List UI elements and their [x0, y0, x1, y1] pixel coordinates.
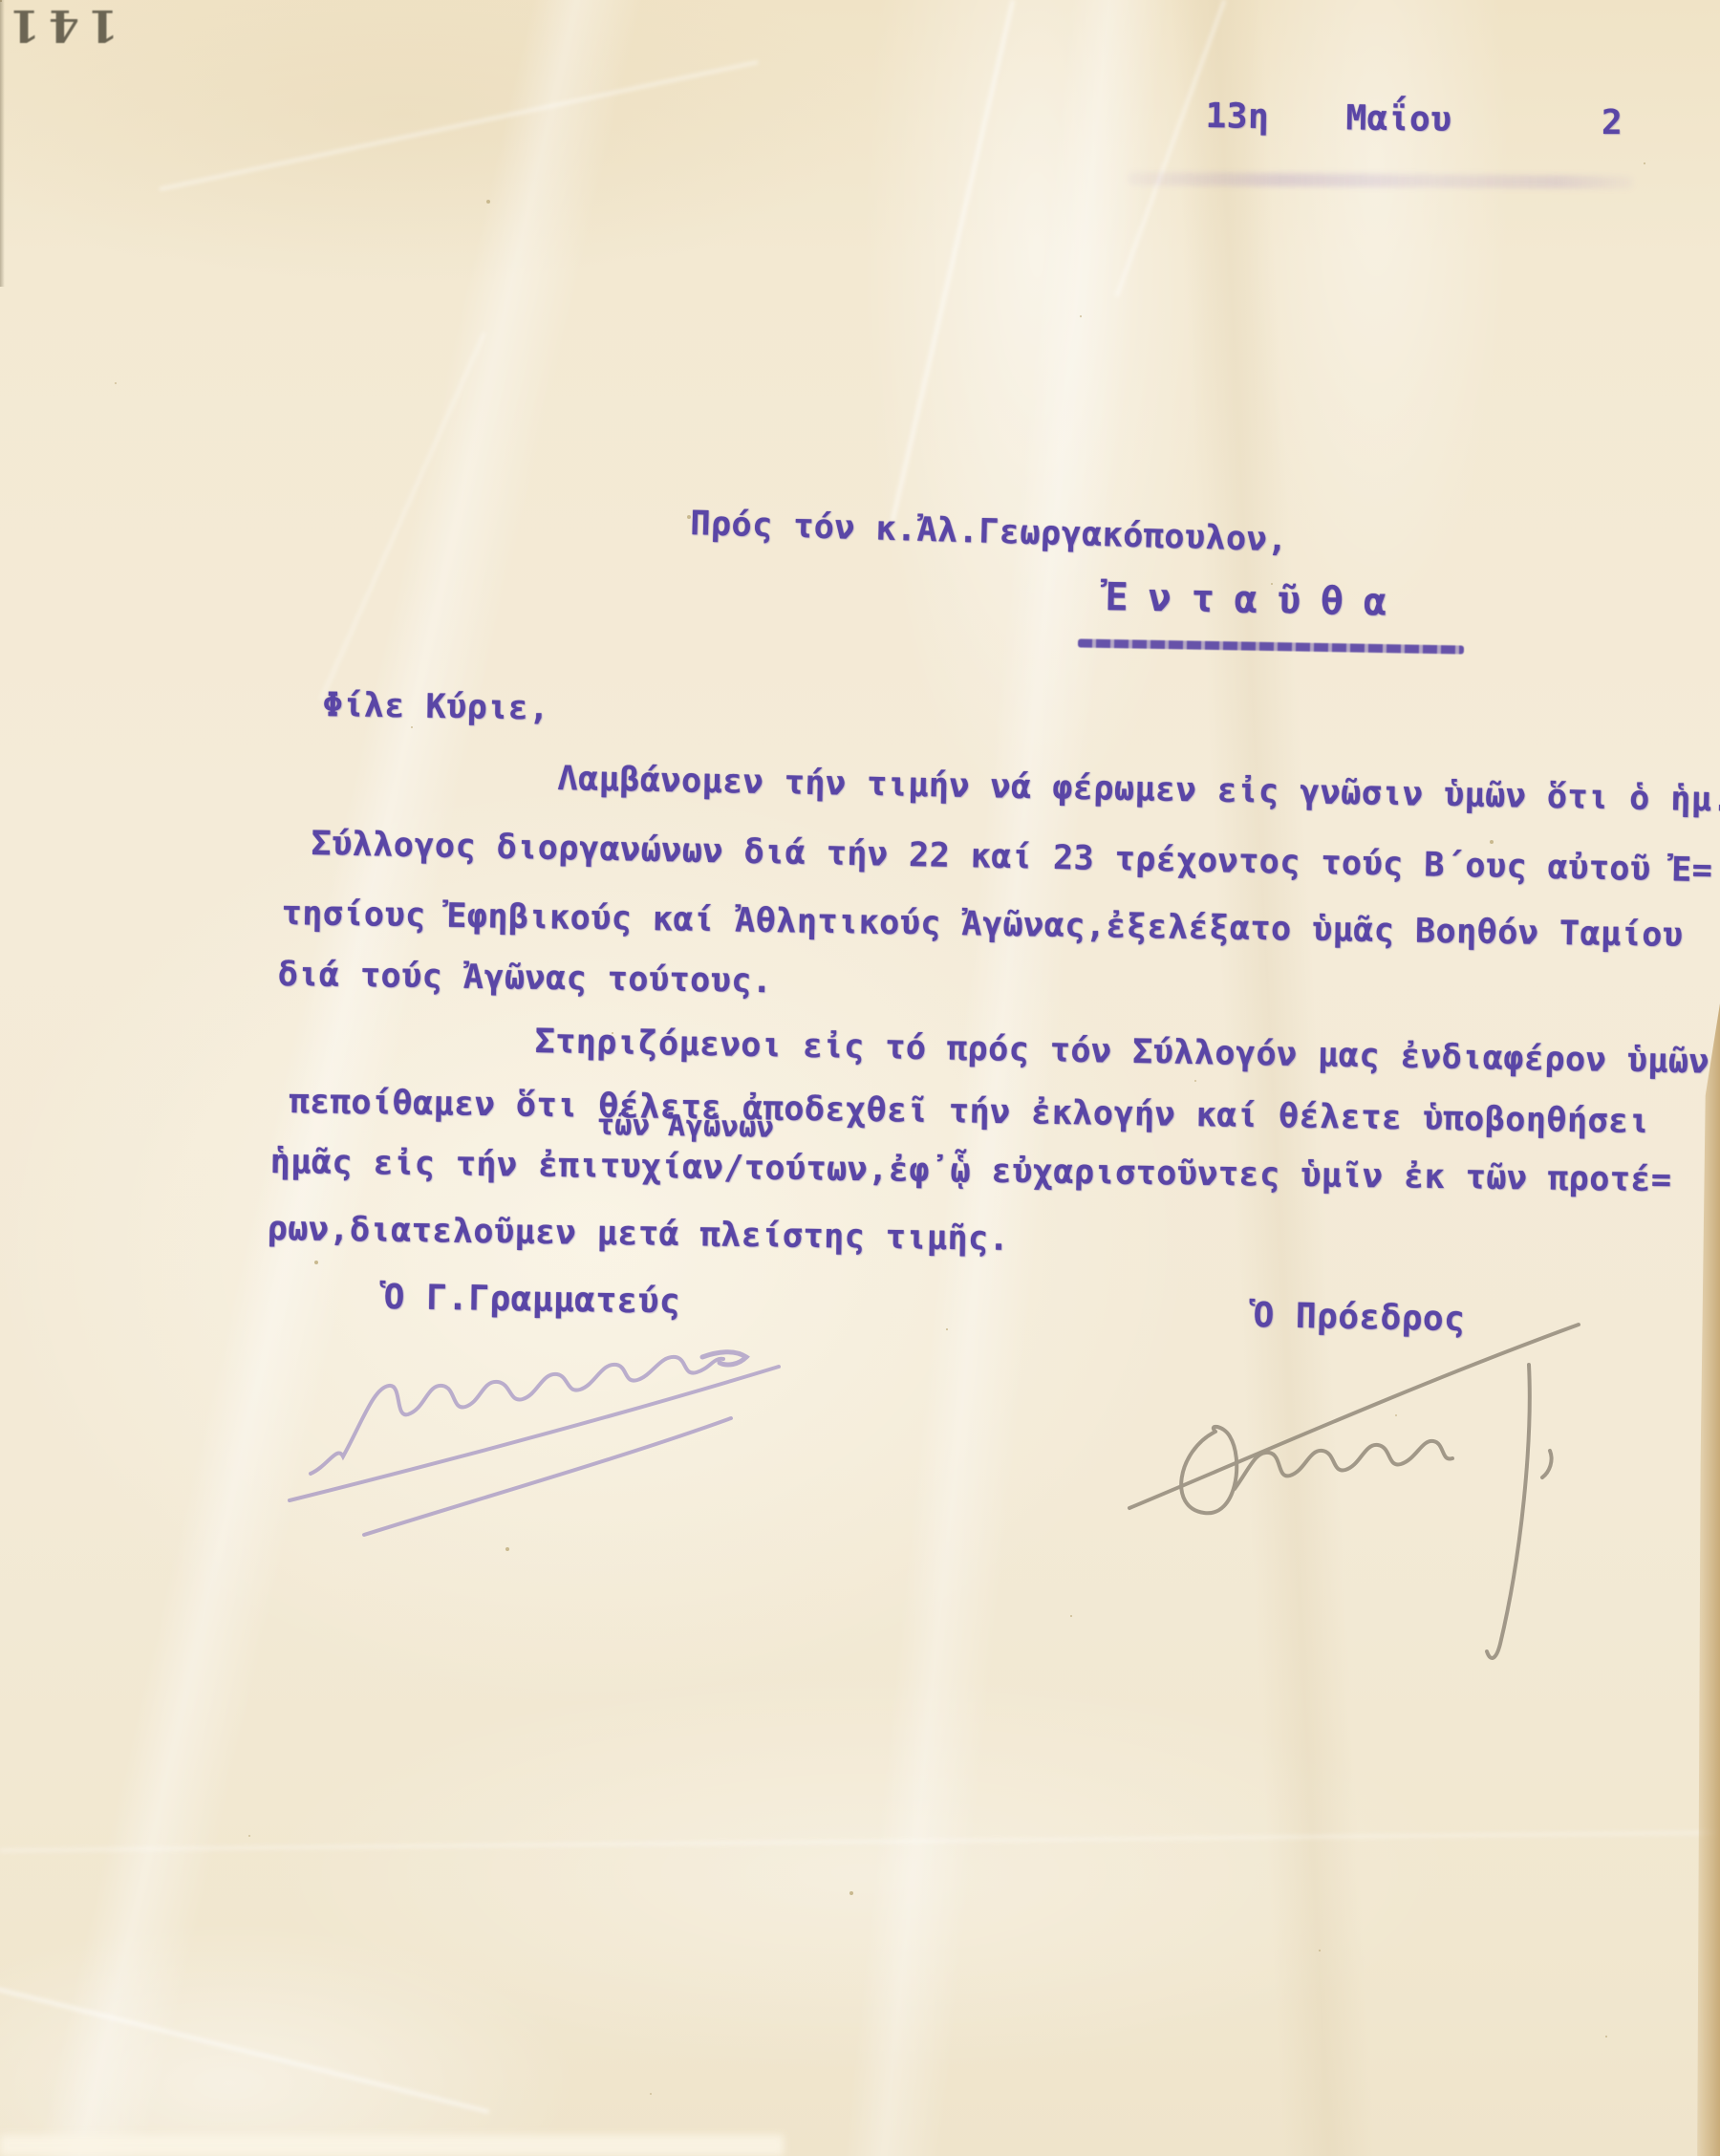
body-line: ρων,διατελοῦμεν μετά πλείστης τιμῆς.	[267, 1210, 1009, 1259]
president-signature	[1101, 1307, 1598, 1690]
interlinear-insertion: τῶν Ἀγώνων	[597, 1109, 775, 1145]
recipient-line: Πρός τόν κ.Ἀλ.Γεωργακόπουλον,	[690, 505, 1288, 559]
paper-crease	[320, 333, 486, 701]
salutation: Φίλε Κύριε,	[322, 686, 549, 728]
page-edge-highlight	[0, 2135, 784, 2156]
paper-crease	[891, 0, 1015, 522]
scanned-letter-page: 141 13η Μαΐου 2 Πρός τόν κ.Ἀλ.Γεωργακόπο…	[0, 0, 1720, 2156]
location-line: Ἐνταῦθα	[1105, 575, 1407, 625]
page-number: 2	[1602, 103, 1623, 142]
body-line: Στηριζόμενοι εἰς τό πρός τόν Σύλλογόν μα…	[534, 1023, 1709, 1081]
body-line: πεποίθαμεν ὅτι θέλετε ἀποδεχθεῖ τήν ἐκλο…	[289, 1083, 1649, 1141]
paper-crease	[1115, 0, 1226, 297]
paper-texture	[0, 0, 1720, 2156]
body-line: ἡμᾶς εἰς τήν ἐπιτυχίαν/τούτων,ἐφ᾽ᾧ εὐχαρ…	[269, 1143, 1671, 1199]
paper-crease	[160, 61, 759, 191]
paper-crease	[0, 1980, 489, 2113]
paper-crease	[0, 1831, 1720, 1853]
president-title: Ὁ Πρόεδρος	[1253, 1296, 1465, 1339]
location-underline	[1078, 638, 1464, 654]
date-line: 13η Μαΐου	[1205, 97, 1451, 140]
page-edge-shadow	[1688, 1003, 1720, 2156]
ink-smudge	[1128, 172, 1634, 189]
body-line: Σύλλογος διοργανώνων διά τήν 22 καί 23 τ…	[311, 825, 1712, 890]
body-line: τησίους Ἐφηβικούς καί Ἀθλητικούς Ἀγῶνας,…	[281, 895, 1683, 955]
archival-number-stamp: 141	[13, 0, 118, 52]
body-line: διά τούς Ἀγῶνας τούτους.	[277, 956, 772, 1001]
secretary-signature	[282, 1330, 798, 1550]
secretary-title: Ὁ Γ.Γραμματεύς	[383, 1278, 680, 1322]
body-line: Λαμβάνομεν τήν τιμήν νά φέρωμεν εἰς γνῶσ…	[557, 760, 1720, 820]
